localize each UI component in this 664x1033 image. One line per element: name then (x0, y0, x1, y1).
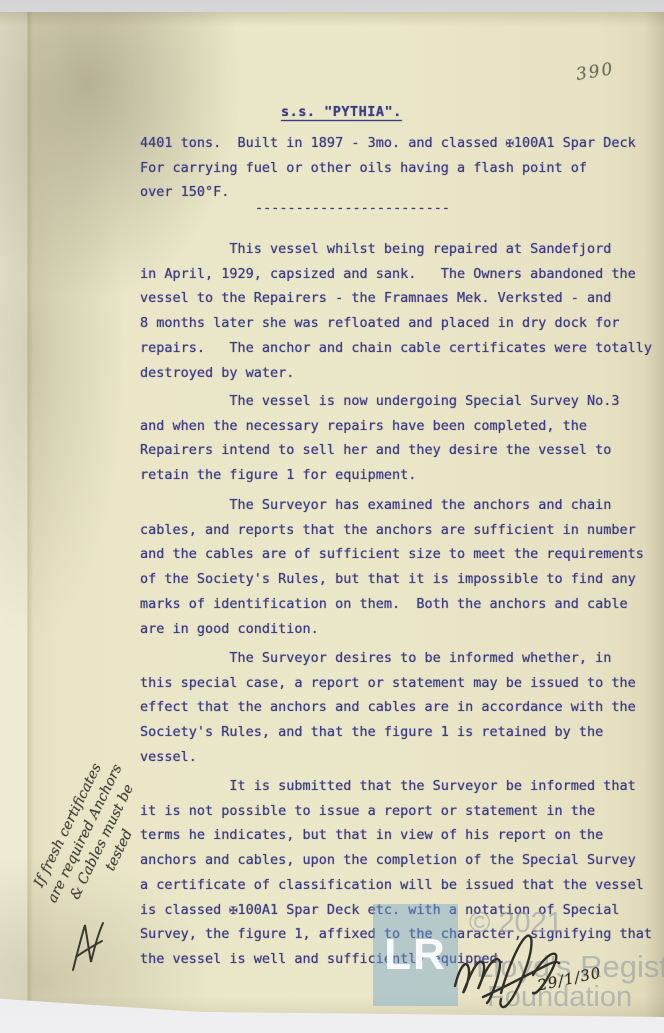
handwritten-initials (64, 916, 108, 980)
vessel-summary: 4401 tons. Built in 1897 - 3mo. and clas… (140, 131, 636, 205)
page-number: 390 (575, 59, 616, 85)
paragraph-survey: The vessel is now undergoing Special Sur… (140, 389, 620, 488)
separator-dashes: ------------------------ (255, 196, 450, 221)
lloyds-register-logo-letters: LR (384, 930, 447, 980)
scanned-document-background: { "page": { "number": "390" }, "document… (0, 0, 664, 1033)
paragraph-surveyor-examination: The Surveyor has examined the anchors an… (140, 493, 644, 641)
paragraph-surveyor-question: The Surveyor desires to be informed whet… (140, 646, 636, 770)
paragraph-casualty: This vessel whilst being repaired at San… (140, 237, 652, 385)
document-title: s.s. "PYTHIA". (281, 100, 402, 125)
lloyds-register-logo: LR (373, 904, 458, 1006)
document-page: 390 s.s. "PYTHIA". 4401 tons. Built in 1… (0, 12, 664, 1022)
